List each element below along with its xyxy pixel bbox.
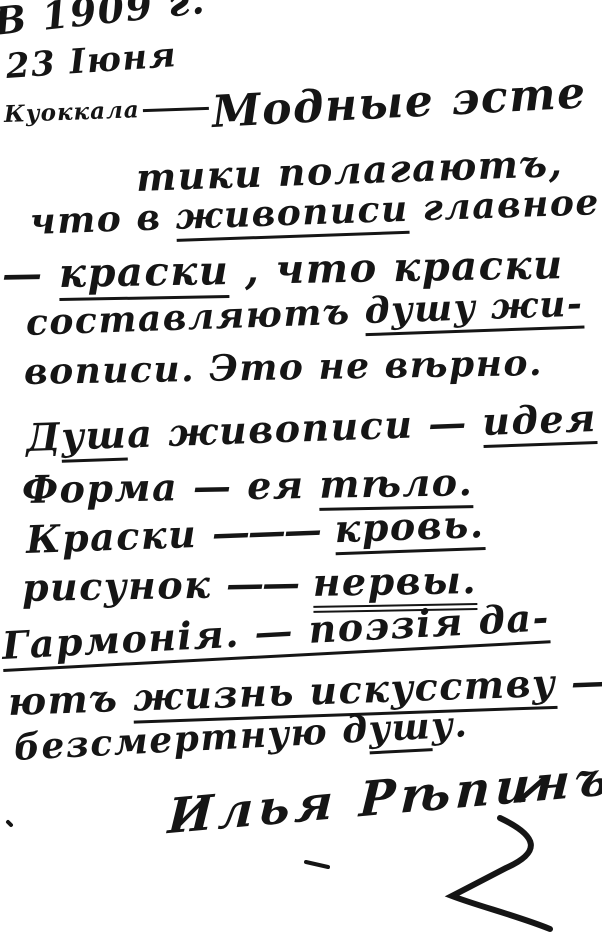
line-vopisi-eto-ne-verno: вописи. Это не вѣрно.	[24, 343, 544, 393]
text-segment: уш	[60, 411, 128, 462]
text-segment: рисунок	[22, 561, 227, 610]
text-segment: —	[2, 250, 60, 298]
date-day: 23 Іюня	[5, 36, 179, 87]
place-name: Куоккала	[4, 96, 141, 128]
line-modnye-este: Модные эсте	[211, 68, 588, 138]
text-segment: живописи	[175, 188, 410, 242]
line-dusha-zhivopisi-ideya: Душа живописи — идея	[25, 396, 597, 460]
text-segment: идея	[482, 395, 598, 448]
ink-stroke: ——	[226, 560, 299, 606]
text-segment	[319, 506, 335, 551]
text-segment: главное	[408, 181, 601, 230]
text-segment: краски	[59, 247, 230, 301]
text-segment: у.	[430, 703, 469, 747]
text-segment: Д	[25, 414, 62, 460]
text-segment: Краски	[25, 511, 212, 562]
text-segment: кровь.	[334, 501, 486, 555]
text-segment: уш	[367, 705, 432, 754]
text-segment: вописи. Это не вѣрно.	[24, 342, 544, 393]
text-segment: Форма — ея	[22, 462, 320, 512]
manuscript-page: В 1909 г. 23 Іюня Куоккала Модные эстети…	[0, 0, 602, 936]
signature: Илья Рѣпинъ	[167, 751, 602, 846]
text-segment	[298, 560, 314, 605]
text-segment: Модные эсте	[211, 67, 588, 138]
text-segment: душу жи-	[364, 283, 584, 337]
text-segment: —,	[555, 657, 602, 704]
line-kraski-krov: Краски ——— кровь.	[25, 502, 485, 562]
ink-flourish	[143, 107, 209, 112]
text-segment: что в	[29, 196, 176, 243]
line-chto-v-zhivopisi: что в живописи главное	[29, 182, 600, 243]
ink-stroke: ———	[211, 507, 321, 556]
date-year: В 1909 г.	[0, 0, 208, 44]
text-segment: ютъ	[7, 675, 134, 724]
place-line: Куоккала	[4, 95, 210, 129]
text-segment: а живописи —	[126, 399, 483, 456]
